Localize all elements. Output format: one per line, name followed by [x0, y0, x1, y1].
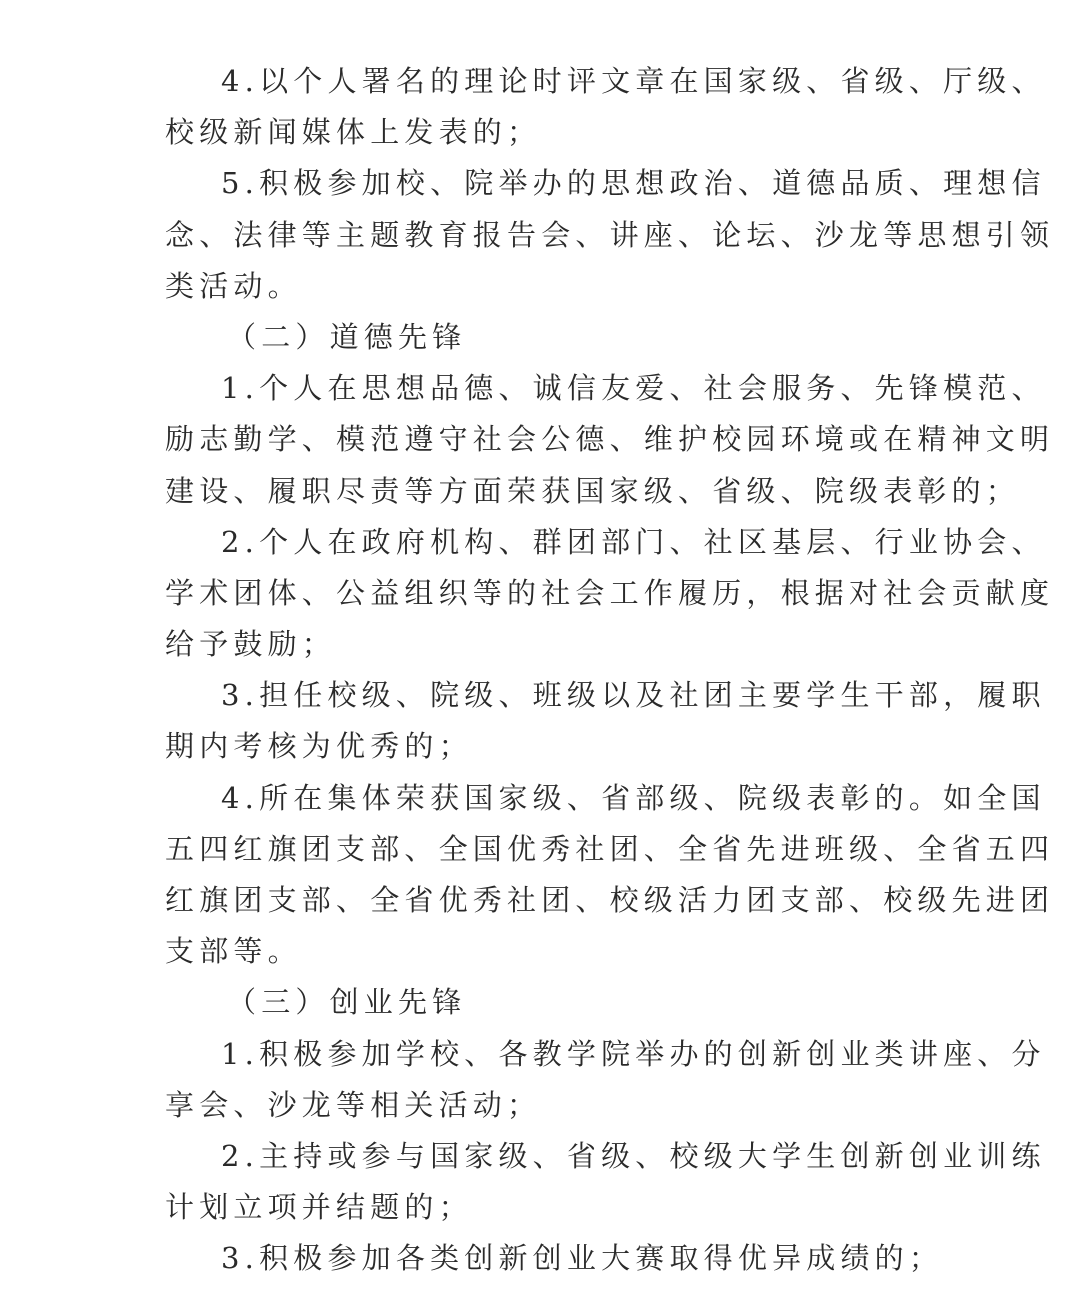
- paragraph-line: 4.所在集体荣获国家级、省部级、院级表彰的。如全国: [165, 773, 917, 824]
- paragraph-line: 1.积极参加学校、各教学院举办的创新创业类讲座、分: [165, 1029, 917, 1080]
- paragraph-line: 给予鼓励；: [165, 619, 917, 670]
- paragraph-line: 4.以个人署名的理论时评文章在国家级、省级、厅级、: [165, 56, 917, 107]
- list-item-2-1: 1.个人在思想品德、诚信友爱、社会服务、先锋模范、 励志勤学、模范遵守社会公德、…: [165, 363, 917, 517]
- paragraph-line: 享会、沙龙等相关活动；: [165, 1080, 917, 1131]
- paragraph-line: 支部等。: [165, 926, 917, 977]
- paragraph-line: 励志勤学、模范遵守社会公德、维护校园环境或在精神文明: [165, 414, 917, 465]
- paragraph-line: 建设、履职尽责等方面荣获国家级、省级、院级表彰的；: [165, 466, 917, 517]
- paragraph-line: 校级新闻媒体上发表的；: [165, 107, 917, 158]
- paragraph-line: 五四红旗团支部、全国优秀社团、全省先进班级、全省五四: [165, 824, 917, 875]
- list-item-2-4: 4.所在集体荣获国家级、省部级、院级表彰的。如全国 五四红旗团支部、全国优秀社团…: [165, 773, 917, 978]
- paragraph-line: 期内考核为优秀的；: [165, 721, 917, 772]
- paragraph-line: 2.个人在政府机构、群团部门、社区基层、行业协会、: [165, 517, 917, 568]
- paragraph-line: 计划立项并结题的；: [165, 1182, 917, 1233]
- paragraph-line: 1.个人在思想品德、诚信友爱、社会服务、先锋模范、: [165, 363, 917, 414]
- paragraph-line: 3.积极参加各类创新创业大赛取得优异成绩的；: [165, 1233, 917, 1284]
- list-item-1-5: 5.积极参加校、院举办的思想政治、道德品质、理想信 念、法律等主题教育报告会、讲…: [165, 158, 917, 312]
- document-page: 4.以个人署名的理论时评文章在国家级、省级、厅级、 校级新闻媒体上发表的； 5.…: [165, 56, 917, 1285]
- list-item-2-2: 2.个人在政府机构、群团部门、社区基层、行业协会、 学术团体、公益组织等的社会工…: [165, 517, 917, 671]
- paragraph-line: 红旗团支部、全省优秀社团、校级活力团支部、校级先进团: [165, 875, 917, 926]
- paragraph-line: 2.主持或参与国家级、省级、校级大学生创新创业训练: [165, 1131, 917, 1182]
- list-item-3-1: 1.积极参加学校、各教学院举办的创新创业类讲座、分 享会、沙龙等相关活动；: [165, 1029, 917, 1131]
- section-heading-moral-pioneer: （二）道德先锋: [165, 312, 917, 363]
- paragraph-line: 5.积极参加校、院举办的思想政治、道德品质、理想信: [165, 158, 917, 209]
- paragraph-line: 学术团体、公益组织等的社会工作履历，根据对社会贡献度: [165, 568, 917, 619]
- list-item-3-3: 3.积极参加各类创新创业大赛取得优异成绩的；: [165, 1233, 917, 1284]
- list-item-3-2: 2.主持或参与国家级、省级、校级大学生创新创业训练 计划立项并结题的；: [165, 1131, 917, 1233]
- paragraph-line: 念、法律等主题教育报告会、讲座、论坛、沙龙等思想引领: [165, 210, 917, 261]
- section-heading-entrepreneurship-pioneer: （三）创业先锋: [165, 977, 917, 1028]
- paragraph-line: 3.担任校级、院级、班级以及社团主要学生干部，履职: [165, 670, 917, 721]
- paragraph-line: 类活动。: [165, 261, 917, 312]
- list-item-1-4: 4.以个人署名的理论时评文章在国家级、省级、厅级、 校级新闻媒体上发表的；: [165, 56, 917, 158]
- list-item-2-3: 3.担任校级、院级、班级以及社团主要学生干部，履职 期内考核为优秀的；: [165, 670, 917, 772]
